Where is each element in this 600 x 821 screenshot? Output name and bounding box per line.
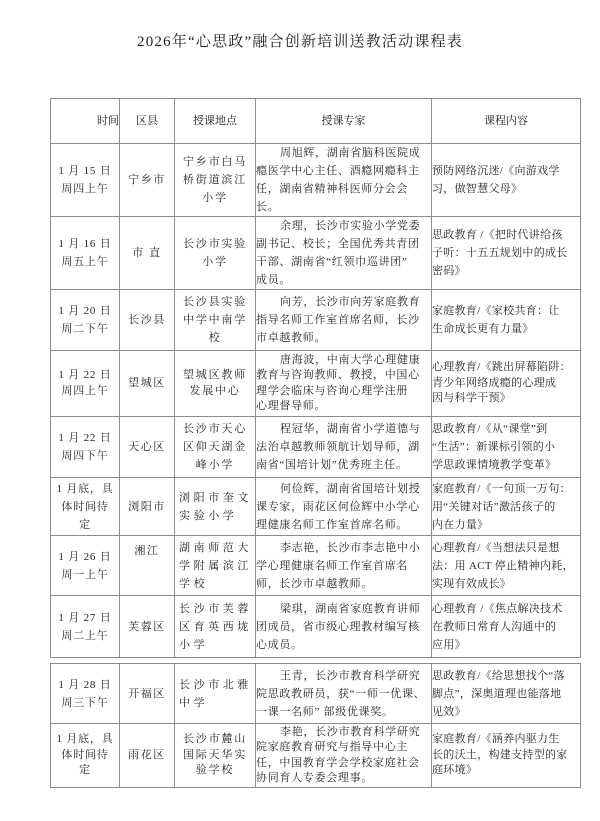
cell-venue: 长沙市实验 小学 bbox=[175, 217, 256, 290]
cell-course: 家庭教育/《家校共育：让 生命成长更有力量》 bbox=[432, 290, 581, 351]
cell-expert: 李志艳，长沙市李志艳中小 学心理健康名师工作室首席名 师，长沙市卓越教师。 bbox=[256, 536, 432, 596]
cell-course: 思政教育/《从“课堂”到 “生活”：新课标引领的小 学思政课情境教学变革》 bbox=[432, 417, 581, 478]
cell-time: 1 月 15 日 周四上午 bbox=[51, 144, 120, 217]
cell-expert: 王青，长沙市教育科学研究 院思政教研员，获“一师一优课、 一课一名师” 部级优课… bbox=[256, 664, 432, 724]
cell-course: 心理教育/《当想法只是想 法：用 ACT 停止精神内耗， 实现有效成长》 bbox=[432, 536, 581, 596]
document-title: 2026年“心思政”融合创新培训送教活动课程表 bbox=[0, 32, 600, 52]
cell-expert: 李艳，长沙市教育科学研究 院家庭教育研究与指导中心主 任，中国教育学会学校家庭社… bbox=[256, 724, 432, 788]
header-district: 区县 bbox=[120, 99, 175, 144]
cell-expert: 程冠华，湖南省小学道德与 法治卓越教师领航计划导师，湖 南省“国培计划”优秀班主… bbox=[256, 417, 432, 478]
cell-expert: 向芳，长沙市向芳家庭教育 指导名师工作室首席名师，长沙 市卓越教师。 bbox=[256, 290, 432, 351]
cell-time: 1 月 27 日 周二上午 bbox=[51, 596, 120, 658]
table-row: 1 月 27 日 周二上午 芙蓉区 长沙市芙蓉 区育英西垅 小学 梁琪，湖南省家… bbox=[51, 596, 581, 658]
cell-district: 浏阳市 bbox=[120, 478, 175, 536]
cell-district: 长沙县 bbox=[120, 290, 175, 351]
cell-district: 雨花区 bbox=[120, 724, 175, 788]
cell-venue: 长沙市北雅 中学 bbox=[175, 664, 256, 724]
cell-venue: 湖南师范大 学附属滨江 学校 bbox=[175, 536, 256, 596]
cell-time: 1 月 26 日 周一上午 bbox=[51, 536, 120, 596]
cell-venue: 浏阳市奎文 实验小学 bbox=[175, 478, 256, 536]
cell-venue: 长沙市麓山 国际天华实 验学校 bbox=[175, 724, 256, 788]
cell-district: 芙蓉区 bbox=[120, 596, 175, 658]
table-row: 1 月 28 日 周三下午 开福区 长沙市北雅 中学 王青，长沙市教育科学研究 … bbox=[51, 664, 581, 724]
cell-time: 1 月底，具 体时间待 定 bbox=[51, 478, 120, 536]
cell-course: 思政教育/《给思想找个“落 脚点”，深奥道理也能落地 见效》 bbox=[432, 664, 581, 724]
cell-time: 1 月 16 日 周五上午 bbox=[51, 217, 120, 290]
cell-course: 家庭教育/《一句顶一万句： 用“关键对话”激活孩子的 内在力量》 bbox=[432, 478, 581, 536]
table-row: 1 月 15 日 周四上午 宁乡市 宁乡市白马 桥街道滨江 小学 周旭辉，湖南省… bbox=[51, 144, 581, 217]
cell-course: 家庭教育/《涵养内驱力生 长的沃土，构建支持型的家 庭环境》 bbox=[432, 724, 581, 788]
schedule-table: 时间 区县 授课地点 授课专家 课程内容 1 月 15 日 周四上午 宁乡市 宁… bbox=[50, 98, 581, 658]
cell-district: 市 直 bbox=[120, 217, 175, 290]
cell-course: 心理教育 /《焦点解决技术 在教师日常育人沟通中的 应用》 bbox=[432, 596, 581, 658]
cell-venue: 长沙市天心 区仰天湖金 峰小学 bbox=[175, 417, 256, 478]
cell-district: 天心区 bbox=[120, 417, 175, 478]
cell-time: 1 月 28 日 周三下午 bbox=[51, 664, 120, 724]
cell-time: 1 月 20 日 周二下午 bbox=[51, 290, 120, 351]
cell-venue: 宁乡市白马 桥街道滨江 小学 bbox=[175, 144, 256, 217]
cell-course: 预防网络沉迷/《向游戏学 习，做智慧父母》 bbox=[432, 144, 581, 217]
table-row: 1 月 26 日 周一上午 湘江 湖南师范大 学附属滨江 学校 李志艳，长沙市李… bbox=[51, 536, 581, 596]
cell-venue: 长沙市芙蓉 区育英西垅 小学 bbox=[175, 596, 256, 658]
cell-time: 1 月 22 日 周四下午 bbox=[51, 417, 120, 478]
table-header-row: 时间 区县 授课地点 授课专家 课程内容 bbox=[51, 99, 581, 144]
table-row: 1 月 22 日 周四上午 望城区 望城区教师 发展中心 唐海波，中南大学心理健… bbox=[51, 351, 581, 417]
cell-time: 1 月底，具 体时间待 定 bbox=[51, 724, 120, 788]
cell-venue: 长沙县实验 中学中南学 校 bbox=[175, 290, 256, 351]
cell-course: 心理教育/《跳出屏幕陷阱： 青少年网络成瘾的心理成 因与科学干预》 bbox=[432, 351, 581, 417]
table-row: 1 月 16 日 周五上午 市 直 长沙市实验 小学 余理，长沙市实验小学党委 … bbox=[51, 217, 581, 290]
schedule-table-continued: 1 月 28 日 周三下午 开福区 长沙市北雅 中学 王青，长沙市教育科学研究 … bbox=[50, 663, 581, 788]
table-row: 1 月 22 日 周四下午 天心区 长沙市天心 区仰天湖金 峰小学 程冠华，湖南… bbox=[51, 417, 581, 478]
cell-time: 1 月 22 日 周四上午 bbox=[51, 351, 120, 417]
header-expert: 授课专家 bbox=[256, 99, 432, 144]
cell-expert: 何俭辉，湖南省国培计划授 课专家，雨花区何俭辉中小学心 理健康名师工作室首席名师… bbox=[256, 478, 432, 536]
header-time: 时间 bbox=[51, 99, 120, 144]
header-course: 课程内容 bbox=[432, 99, 581, 144]
table-row: 1 月底，具 体时间待 定 雨花区 长沙市麓山 国际天华实 验学校 李艳，长沙市… bbox=[51, 724, 581, 788]
cell-expert: 余理，长沙市实验小学党委 副书记、校长；全国优秀共青团 干部、湖南省“红领巾巡讲… bbox=[256, 217, 432, 290]
cell-expert: 周旭辉，湖南省脑科医院成 瘾医学中心主任、酒瘾网瘾科主 任，湖南省精神科医师分会… bbox=[256, 144, 432, 217]
cell-expert: 梁琪，湖南省家庭教育讲师 团成员，省市级心理教材编写核 心成员。 bbox=[256, 596, 432, 658]
table-row: 1 月底，具 体时间待 定 浏阳市 浏阳市奎文 实验小学 何俭辉，湖南省国培计划… bbox=[51, 478, 581, 536]
cell-district: 湘江 bbox=[120, 536, 175, 596]
header-venue: 授课地点 bbox=[175, 99, 256, 144]
cell-district: 宁乡市 bbox=[120, 144, 175, 217]
table-row: 1 月 20 日 周二下午 长沙县 长沙县实验 中学中南学 校 向芳，长沙市向芳… bbox=[51, 290, 581, 351]
cell-district: 望城区 bbox=[120, 351, 175, 417]
cell-venue: 望城区教师 发展中心 bbox=[175, 351, 256, 417]
cell-district: 开福区 bbox=[120, 664, 175, 724]
cell-expert: 唐海波，中南大学心理健康 教育与咨询教师、教授，中国心 理学会临床与咨询心理学注… bbox=[256, 351, 432, 417]
cell-course: 思政教育 /《把时代讲给孩 子听：十五五规划中的成长 密码》 bbox=[432, 217, 581, 290]
